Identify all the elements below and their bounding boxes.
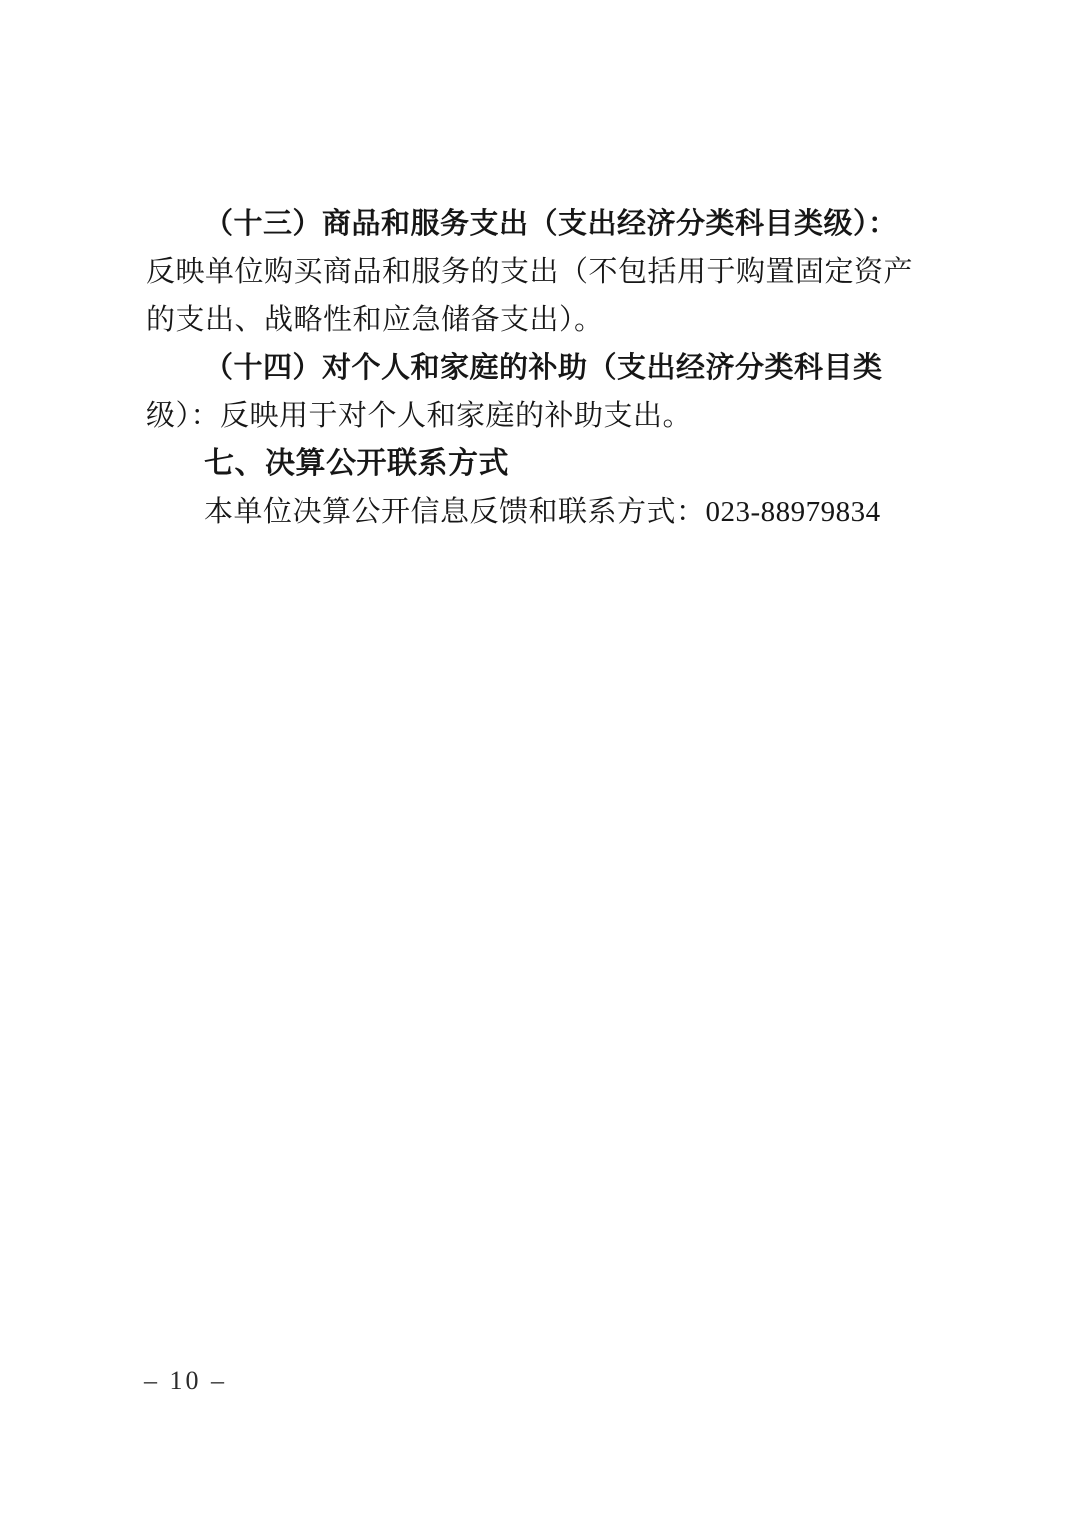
para-13-line-2: 反映单位购买商品和服务的支出（不包括用于购置固定资产 bbox=[146, 248, 921, 296]
para-14-lead-line: （十四）对个人和家庭的补助（支出经济分类科目类 bbox=[146, 344, 921, 392]
contact-line: 本单位决算公开信息反馈和联系方式：023-88979834 bbox=[146, 488, 921, 536]
section-7-heading: 七、决算公开联系方式 bbox=[146, 440, 921, 488]
para-13-lead-line: （十三）商品和服务支出（支出经济分类科目类级）： bbox=[146, 200, 921, 248]
document-page: （十三）商品和服务支出（支出经济分类科目类级）： 反映单位购买商品和服务的支出（… bbox=[0, 0, 1074, 1520]
page-number: – 10 – bbox=[144, 1364, 227, 1398]
para-13-line-3: 的支出、战略性和应急储备支出）。 bbox=[146, 296, 921, 344]
contact-phone-number: 023-88979834 bbox=[706, 496, 881, 528]
contact-label: 本单位决算公开信息反馈和联系方式： bbox=[204, 496, 706, 528]
document-body: （十三）商品和服务支出（支出经济分类科目类级）： 反映单位购买商品和服务的支出（… bbox=[146, 200, 921, 536]
para-14-line-2: 级）：反映用于对个人和家庭的补助支出。 bbox=[146, 392, 921, 440]
